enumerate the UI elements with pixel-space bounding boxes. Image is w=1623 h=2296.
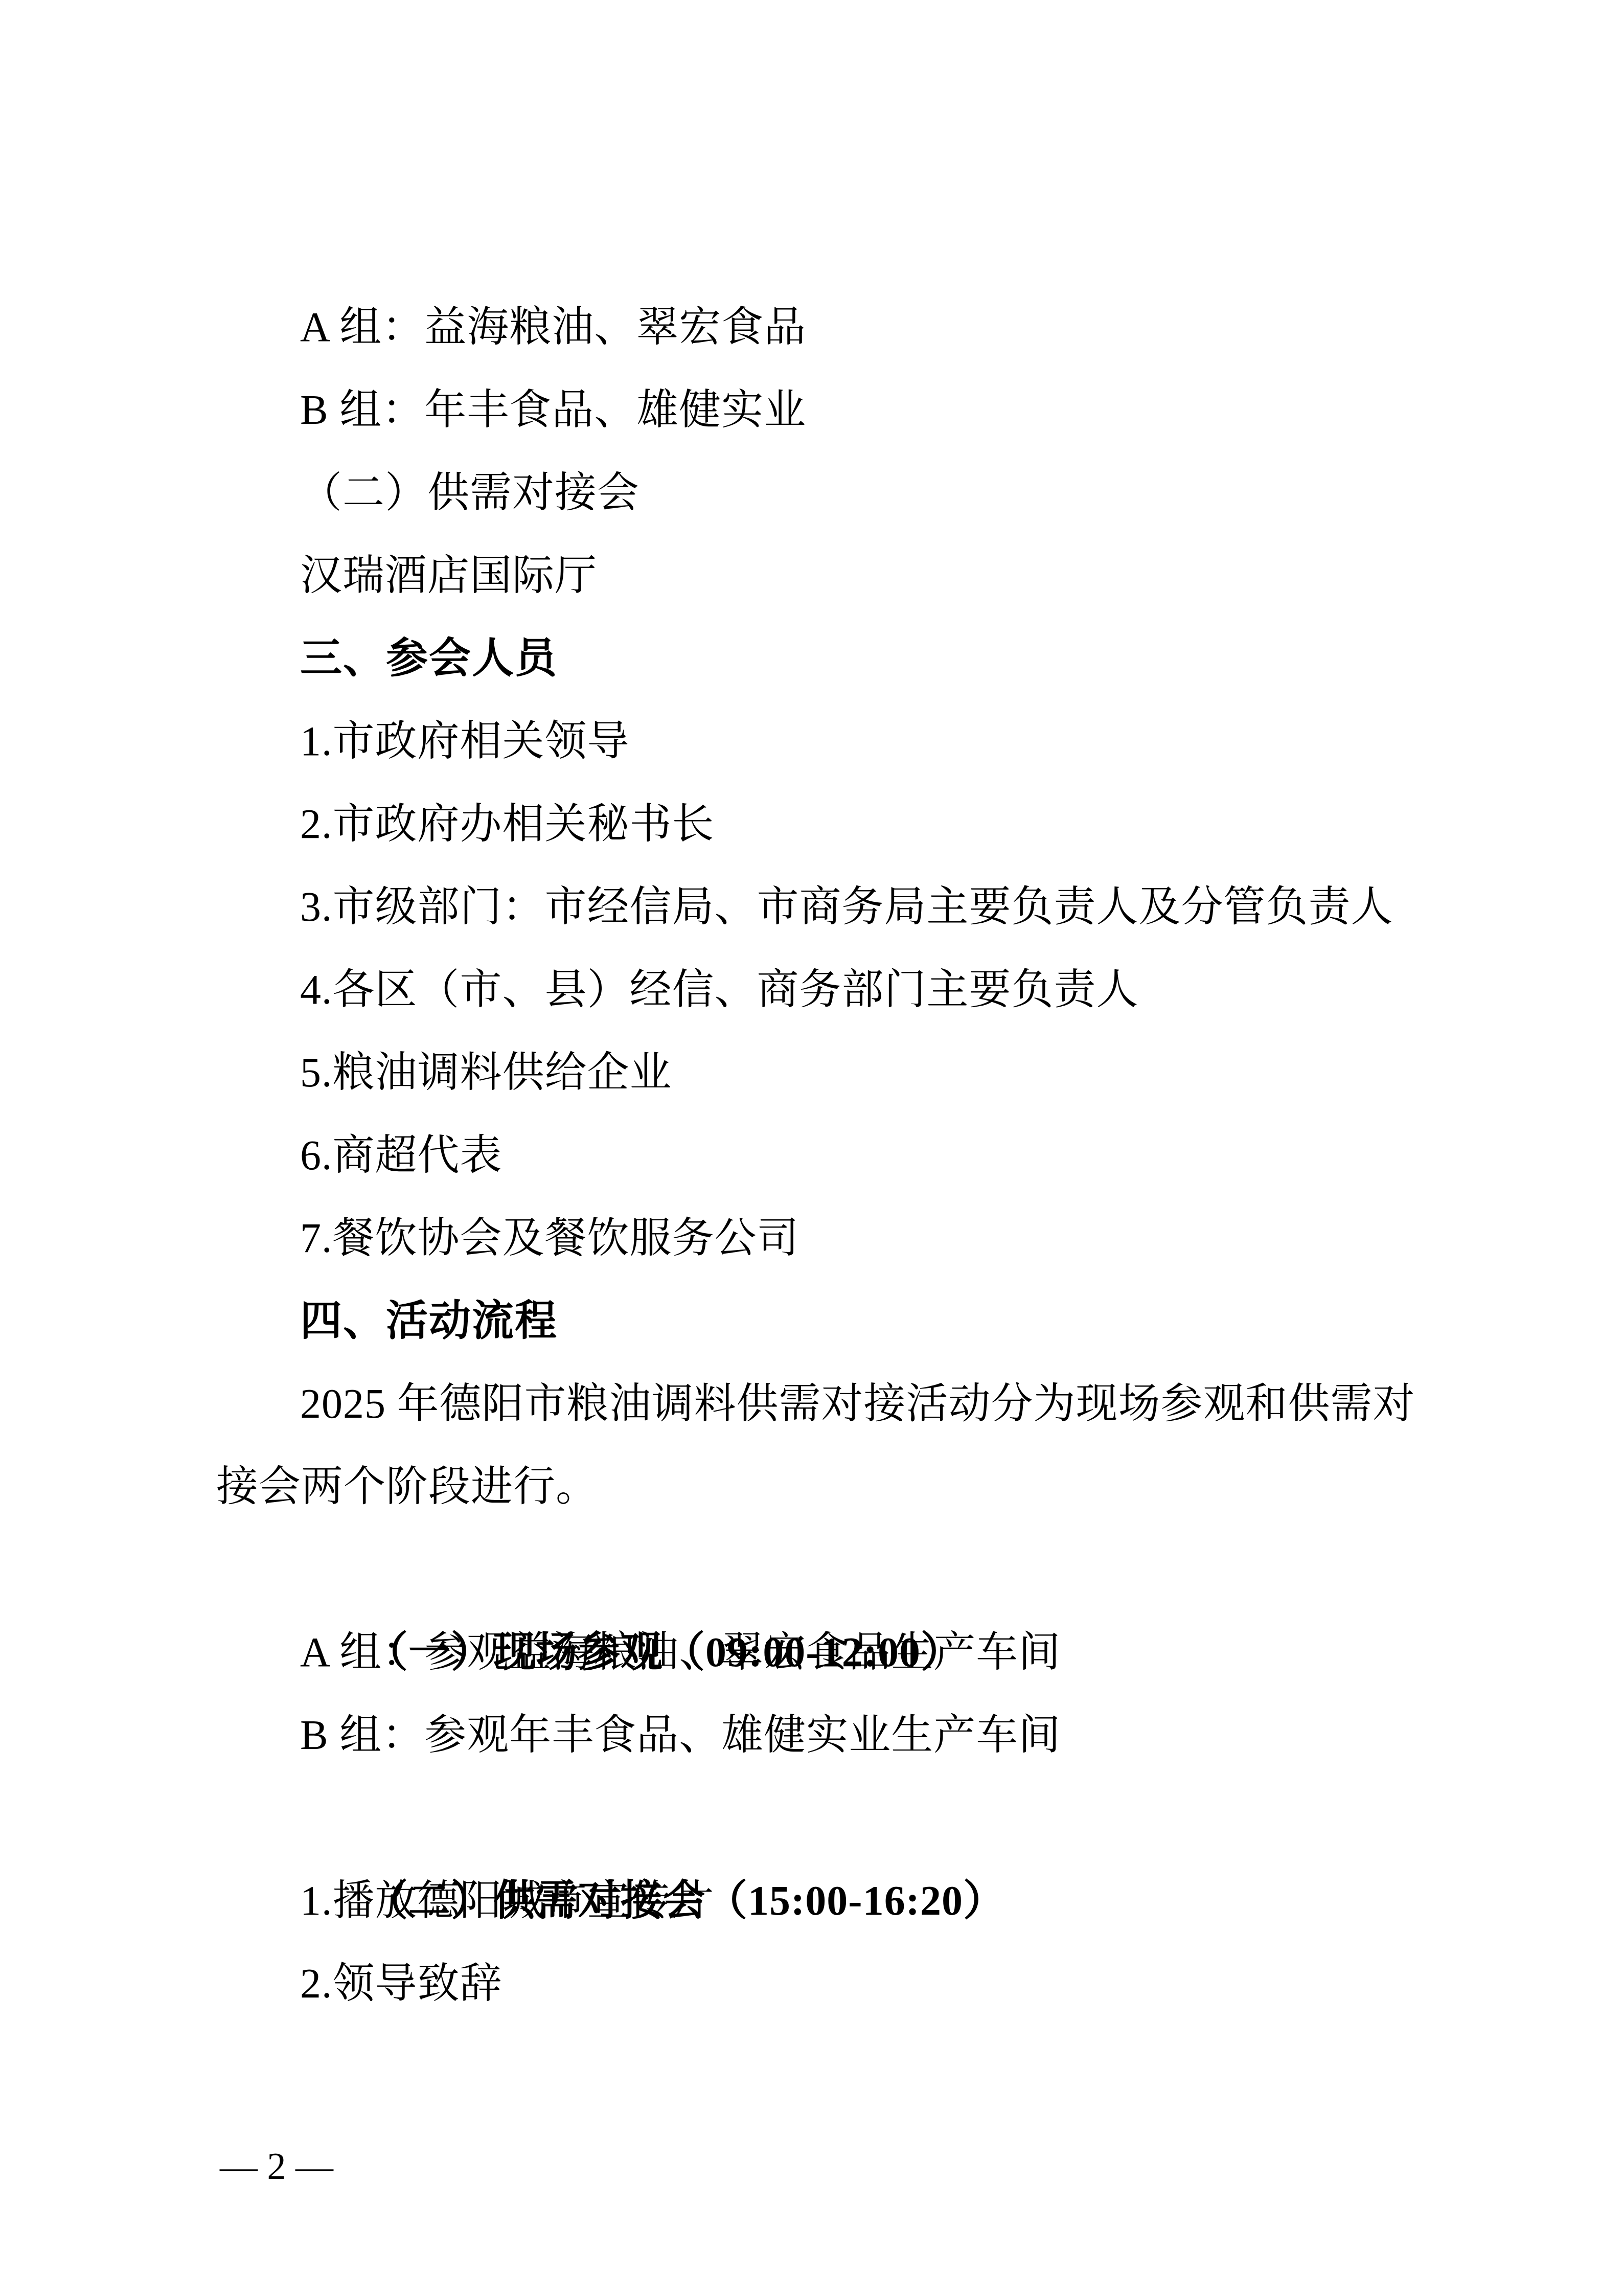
heading-section-4: 四、活动流程 <box>216 1280 1423 1362</box>
list-item-attendee-5: 5.粮油调料供给企业 <box>216 1031 1423 1114</box>
list-item-agenda-2: 2.领导致辞 <box>216 1942 1423 2025</box>
line-venue-name: 汉瑞酒店国际厅 <box>216 534 1423 617</box>
document-body: A 组：益海粮油、翠宏食品 B 组：年丰食品、雄健实业 （二）供需对接会 汉瑞酒… <box>216 286 1423 2025</box>
page-number: — 2 — <box>220 2131 333 2202</box>
heading-section-3: 三、参会人员 <box>216 617 1423 700</box>
stage-2-heading: （二）供需对接会（15:00-16:20） <box>216 1777 1423 1859</box>
line-venue-sub-heading: （二）供需对接会 <box>216 451 1423 534</box>
list-item-attendee-1: 1.市政府相关领导 <box>216 700 1423 783</box>
stage-1-heading: （一）现场参观（09:00-12:00） <box>216 1528 1423 1611</box>
list-item-attendee-4: 4.各区（市、县）经信、商务部门主要负责人 <box>216 948 1423 1031</box>
stage-2-time: 15:00-16:20 <box>748 1877 963 1924</box>
stage-2-close-paren: ） <box>963 1877 1005 1924</box>
list-item-attendee-7: 7.餐饮协会及餐饮服务公司 <box>216 1197 1423 1280</box>
line-stage1-group-b: B 组：参观年丰食品、雄健实业生产车间 <box>216 1694 1423 1777</box>
paragraph-intro-line-1: 2025 年德阳市粮油调料供需对接活动分为现场参观和供需对 <box>216 1362 1423 1445</box>
list-item-attendee-2: 2.市政府办相关秘书长 <box>216 783 1423 866</box>
list-item-attendee-3: 3.市级部门：市经信局、市商务局主要负责人及分管负责人 <box>216 866 1423 948</box>
document-page: A 组：益海粮油、翠宏食品 B 组：年丰食品、雄健实业 （二）供需对接会 汉瑞酒… <box>0 0 1623 2296</box>
paragraph-intro-line-2: 接会两个阶段进行。 <box>216 1445 1423 1528</box>
list-item-attendee-6: 6.商超代表 <box>216 1114 1423 1197</box>
line-stage1-group-a: A 组：参观益海粮油、翠宏食品生产车间 <box>216 1611 1423 1694</box>
line-venue-group-a: A 组：益海粮油、翠宏食品 <box>216 286 1423 369</box>
line-venue-group-b: B 组：年丰食品、雄健实业 <box>216 369 1423 451</box>
